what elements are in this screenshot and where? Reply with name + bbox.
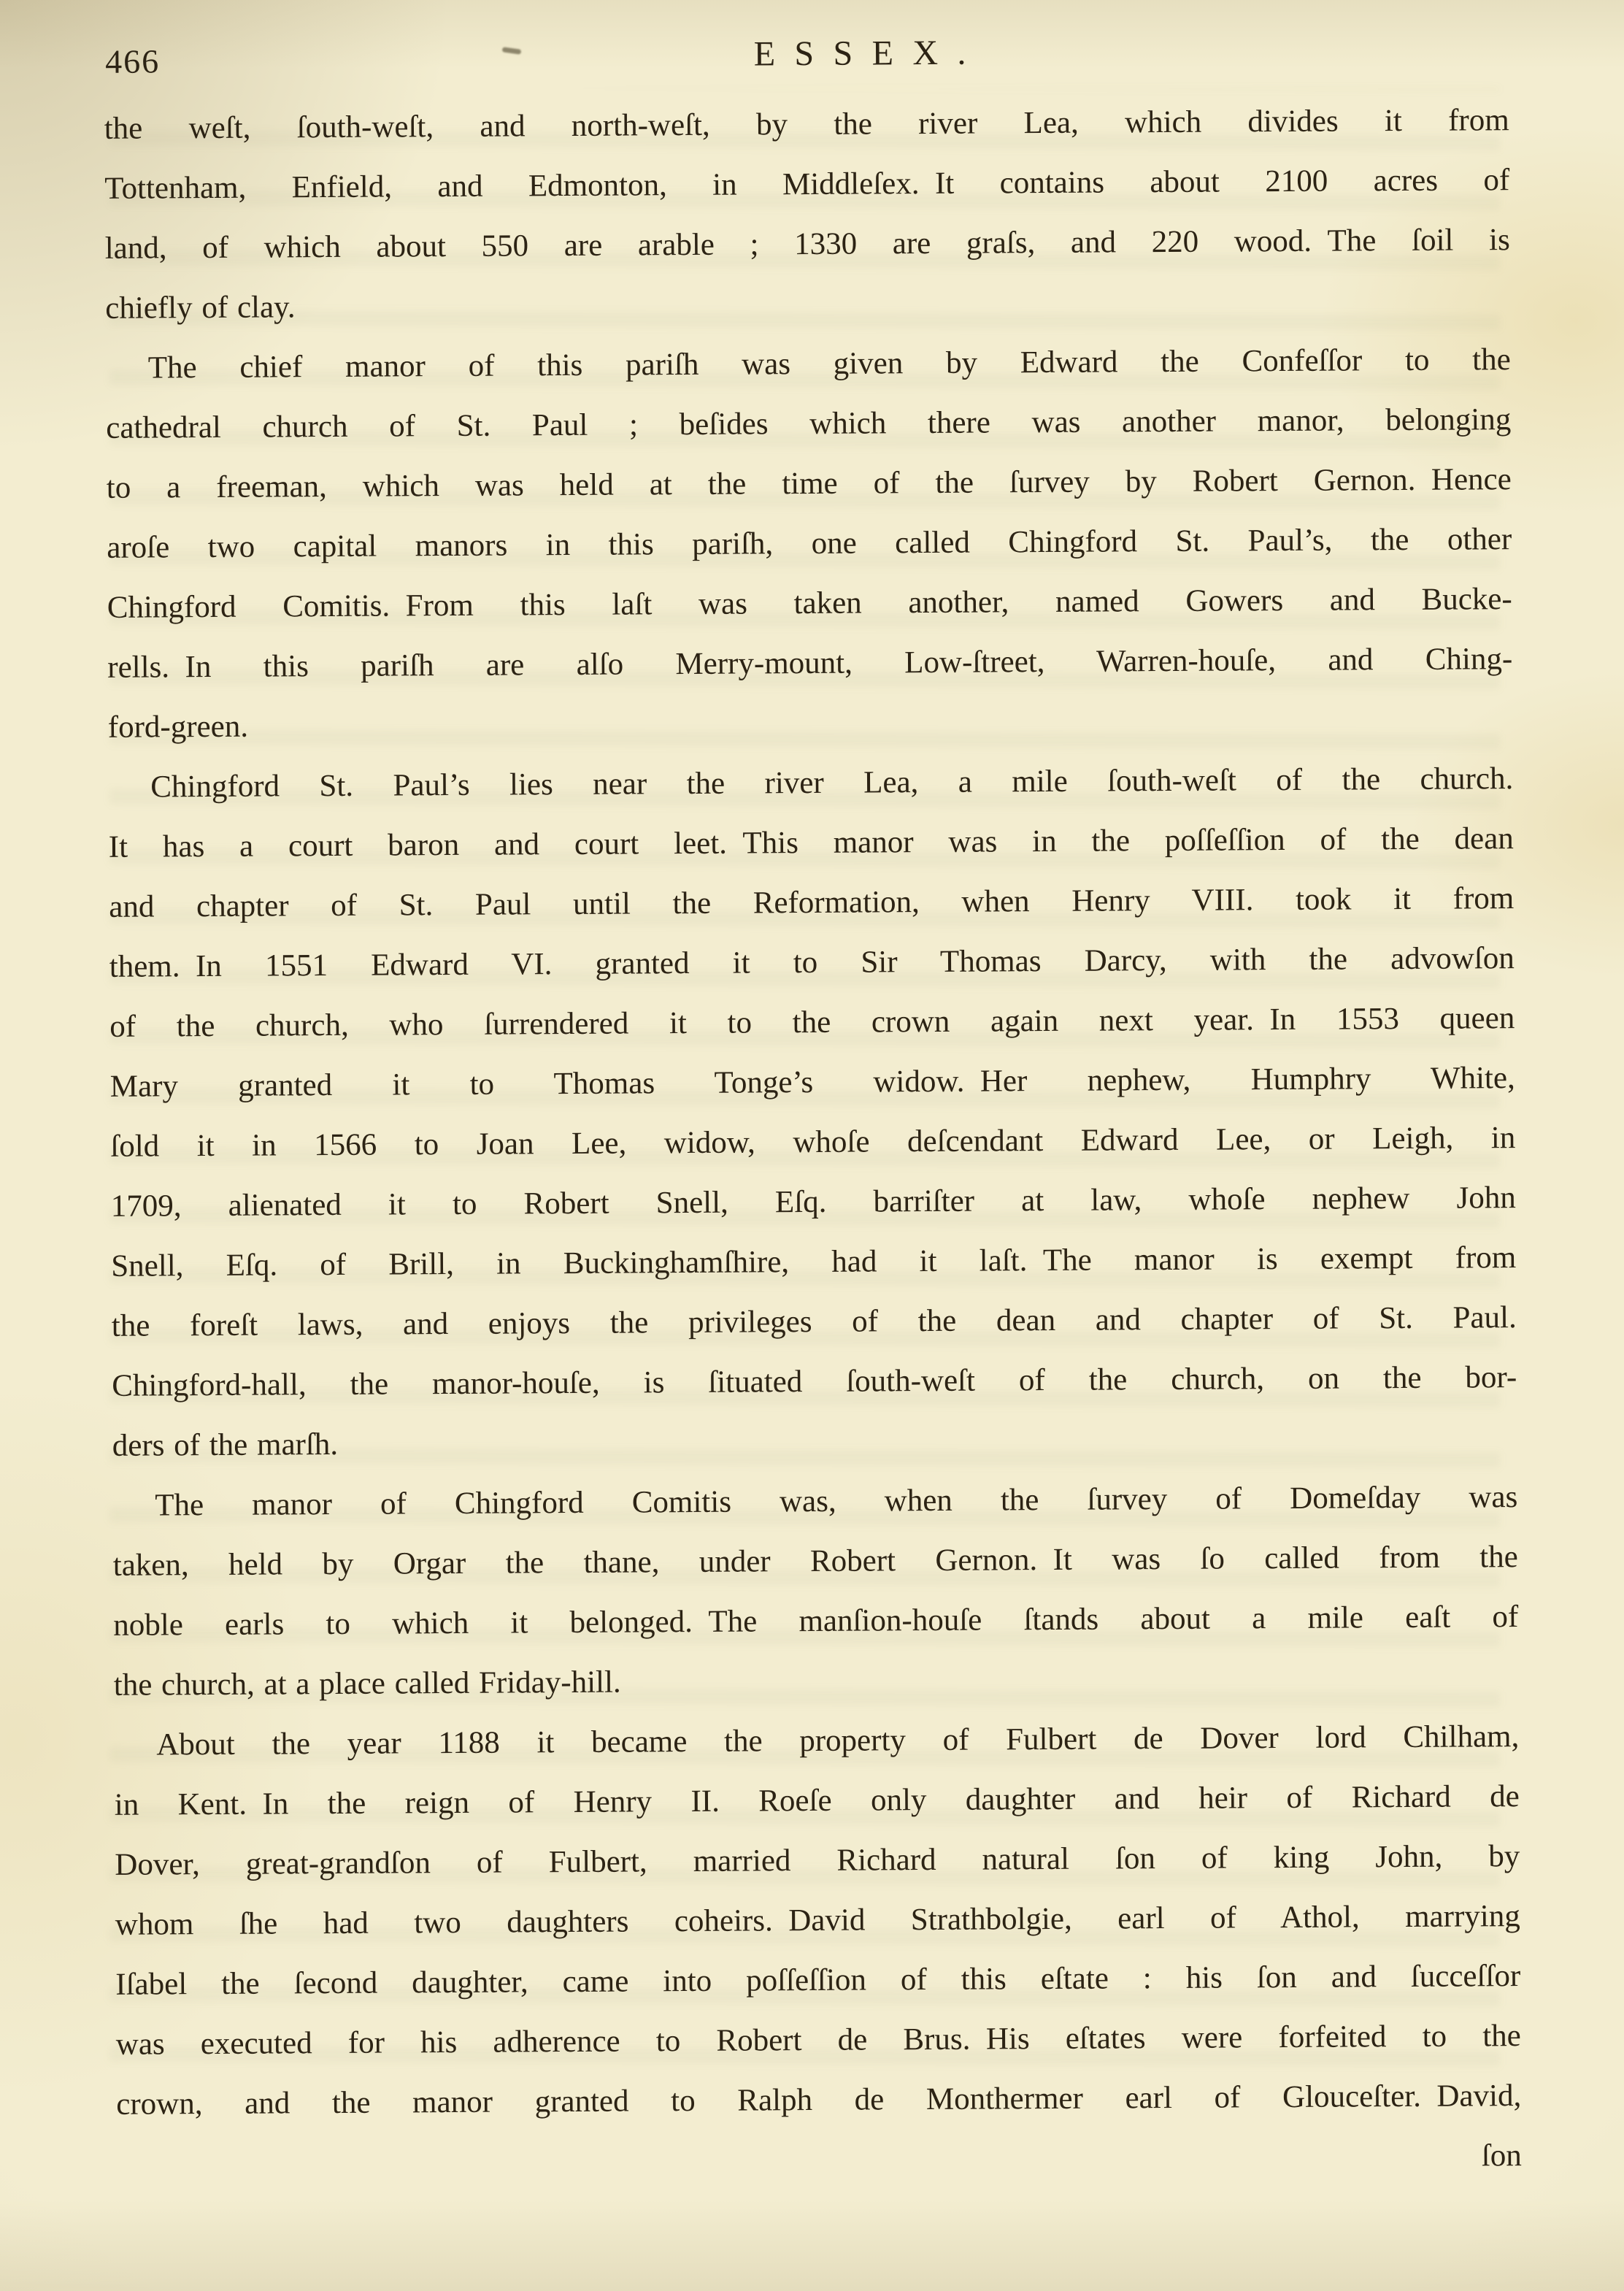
text-line: taken, held by Orgar the thane, under Ro…	[113, 1527, 1518, 1596]
text-line: of the church, who ſurrendered it to the…	[109, 989, 1515, 1057]
text-line: the weſt, ſouth-weſt, and north-weſt, by…	[104, 91, 1509, 159]
text-line: rells. In this pariſh are alſo Merry-mou…	[107, 629, 1512, 698]
paragraph: Chingford St. Paul’s lies near the river…	[108, 749, 1517, 1476]
paragraph: The manor of Chingford Comitis was, when…	[112, 1467, 1519, 1716]
text-line: was executed for his adherence to Robert…	[116, 2006, 1521, 2075]
text-line: aroſe two capital manors in this pariſh,…	[107, 510, 1512, 578]
paragraph: The chief manor of this pariſh was given…	[106, 330, 1513, 758]
text-line: About the year 1188 it became the proper…	[114, 1707, 1519, 1776]
text-line: Chingford Comitis. From this laſt was ta…	[107, 569, 1512, 638]
text-line: Chingford St. Paul’s lies near the river…	[108, 749, 1513, 818]
text-line: whom ſhe had two daughters coheirs. Davi…	[115, 1887, 1520, 1955]
text-line: noble earls to which it belonged. The ma…	[113, 1587, 1518, 1656]
text-line: the church, at a place called Friday-hil…	[114, 1647, 1519, 1716]
catchword-row: ſon	[117, 2126, 1522, 2195]
text-line: ford-green.	[108, 689, 1513, 758]
text-line: The manor of Chingford Comitis was, when…	[112, 1467, 1517, 1536]
text-line: Mary granted it to Thomas Tonge’s widow.…	[110, 1048, 1515, 1117]
text-line: the foreſt laws, and enjoys the privileg…	[112, 1288, 1517, 1356]
text-line: Tottenham, Enfield, and Edmonton, in Mid…	[104, 150, 1509, 219]
text-line: them. In 1551 Edward VI. granted it to S…	[109, 929, 1515, 997]
text-line: It has a court baron and court leet. Thi…	[109, 809, 1514, 878]
text-line: and chapter of St. Paul until the Reform…	[109, 869, 1514, 937]
text-line: Chingford-hall, the manor-houſe, is ſitu…	[112, 1348, 1517, 1416]
text-line: crown, and the manor granted to Ralph de…	[116, 2066, 1521, 2135]
text-line: cathedral church of St. Paul ; beſides w…	[106, 390, 1511, 458]
text-line: 1709, alienated it to Robert Snell, Eſq.…	[111, 1168, 1516, 1237]
running-title: ESSEX.	[754, 33, 985, 74]
text-line: The chief manor of this pariſh was given…	[106, 330, 1511, 399]
book-page: 466 ESSEX. the weſt, ſouth-weſt, and nor…	[0, 0, 1624, 2291]
text-line: chiefly of clay.	[105, 270, 1510, 339]
text-line: ſold it in 1566 to Joan Lee, widow, whoſ…	[110, 1108, 1515, 1177]
text-line: to a freeman, which was held at the time…	[107, 450, 1512, 518]
text-line: land, of which about 550 are arable ; 13…	[105, 210, 1510, 279]
catchword: ſon	[1482, 2138, 1522, 2173]
text-line: ders of the marſh.	[112, 1408, 1517, 1476]
text-line: Snell, Eſq. of Brill, in Buckinghamſhire…	[111, 1228, 1516, 1297]
page-number: 466	[105, 42, 160, 80]
page-body: the weſt, ſouth-weſt, and north-weſt, by…	[104, 91, 1522, 2135]
page-content: 466 ESSEX. the weſt, ſouth-weſt, and nor…	[104, 29, 1522, 2195]
paragraph: About the year 1188 it became the proper…	[114, 1707, 1521, 2135]
text-line: Dover, great-grandſon of Fulbert, marrie…	[115, 1827, 1520, 1895]
paragraph: the weſt, ſouth-weſt, and north-weſt, by…	[104, 91, 1511, 339]
text-line: Iſabel the ſecond daughter, came into po…	[115, 1946, 1520, 2015]
text-line: in Kent. In the reign of Henry II. Roeſe…	[115, 1767, 1520, 1835]
page-header: 466 ESSEX.	[104, 29, 1509, 91]
